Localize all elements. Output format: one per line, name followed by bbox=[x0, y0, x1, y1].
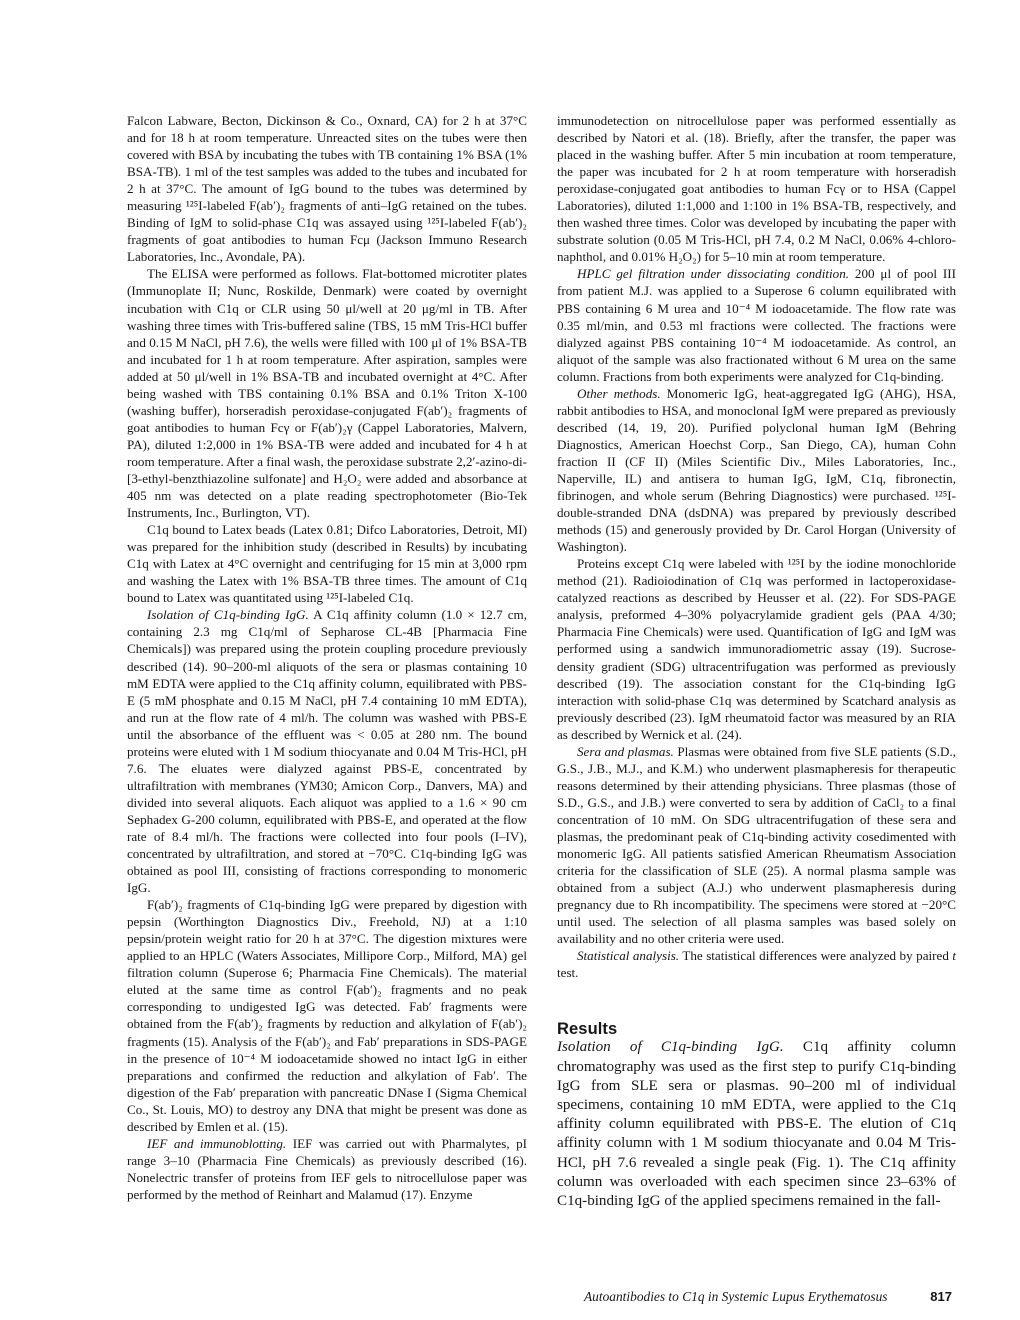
right-column: immunodetection on nitrocellulose paper … bbox=[557, 112, 956, 1211]
paragraph-text: Monomeric IgG, heat-aggregated IgG (AHG)… bbox=[557, 386, 956, 554]
paragraph-text: 200 μl of pool III from patient M.J. was… bbox=[557, 266, 956, 383]
subsection-title: HPLC gel filtration under dissociating c… bbox=[577, 266, 849, 281]
paragraph-text: test. bbox=[557, 965, 578, 980]
paragraph-latex-beads: C1q bound to Latex beads (Latex 0.81; Di… bbox=[127, 521, 527, 606]
t-symbol: t bbox=[952, 948, 956, 963]
paragraph-tube-assay: Falcon Labware, Becton, Dickinson & Co.,… bbox=[127, 112, 527, 265]
paragraph-ief-immunoblotting: IEF and immunoblotting. IEF was carried … bbox=[127, 1135, 527, 1203]
paragraph-protein-labeling: Proteins except C1q were labeled with ¹²… bbox=[557, 555, 956, 743]
subsection-title: Sera and plasmas. bbox=[577, 744, 674, 759]
paragraph-isolation-c1q-binding-igg: Isolation of C1q-binding IgG. A C1q affi… bbox=[127, 606, 527, 896]
paragraph-elisa: The ELISA were performed as follows. Fla… bbox=[127, 265, 527, 521]
left-column: Falcon Labware, Becton, Dickinson & Co.,… bbox=[127, 112, 527, 1203]
page-number: 817 bbox=[930, 1289, 952, 1304]
paragraph-text: The statistical differences were analyze… bbox=[679, 948, 952, 963]
subsection-title: IEF and immunoblotting. bbox=[147, 1136, 286, 1151]
subsection-title: Statistical analysis. bbox=[577, 948, 679, 963]
subsection-title: Isolation of C1q-binding IgG. bbox=[557, 1039, 784, 1055]
results-heading: Results bbox=[557, 1021, 956, 1038]
paragraph-fab-fragments: F(ab′)₂ fragments of C1q-binding IgG wer… bbox=[127, 896, 527, 1135]
subsection-title: Isolation of C1q-binding IgG. bbox=[147, 607, 309, 622]
paragraph-results-isolation: Isolation of C1q-binding IgG. C1q affini… bbox=[557, 1038, 956, 1211]
subsection-title: Other methods. bbox=[577, 386, 661, 401]
paragraph-sera-plasmas: Sera and plasmas. Plasmas were obtained … bbox=[557, 743, 956, 948]
paragraph-immunodetection: immunodetection on nitrocellulose paper … bbox=[557, 112, 956, 265]
paragraph-hplc-gel-filtration: HPLC gel filtration under dissociating c… bbox=[557, 265, 956, 384]
paragraph-other-methods: Other methods. Monomeric IgG, heat-aggre… bbox=[557, 385, 956, 555]
paragraph-statistical-analysis: Statistical analysis. The statistical di… bbox=[557, 947, 956, 981]
paragraph-text: Plasmas were obtained from five SLE pati… bbox=[557, 744, 956, 947]
paragraph-text: C1q affinity column chromatography was u… bbox=[557, 1039, 956, 1209]
page-footer: Autoantibodies to C1q in Systemic Lupus … bbox=[584, 1289, 956, 1305]
paragraph-text: A C1q affinity column (1.0 × 12.7 cm, co… bbox=[127, 607, 527, 895]
running-title: Autoantibodies to C1q in Systemic Lupus … bbox=[584, 1289, 888, 1304]
